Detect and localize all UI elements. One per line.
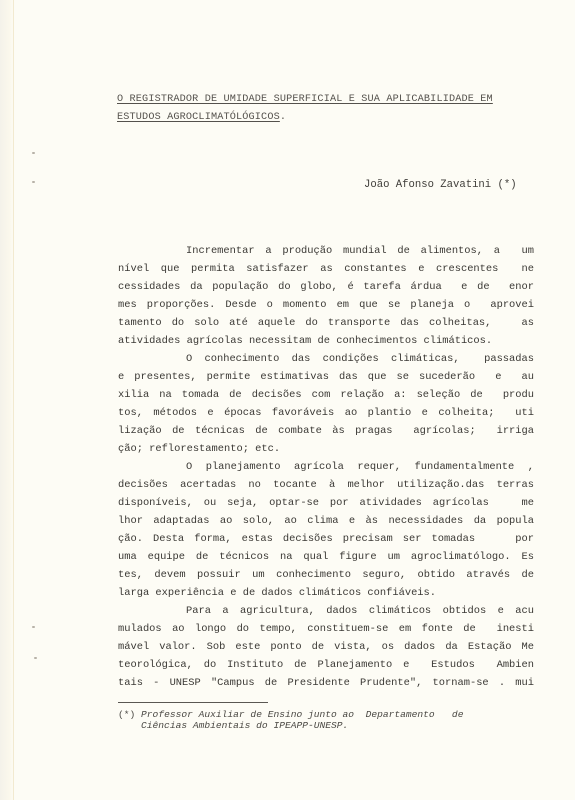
paragraph-1-line: Incrementar a produção mundial de alimen… bbox=[118, 242, 534, 260]
margin-mark bbox=[32, 152, 35, 154]
scanned-document-page: O REGISTRADOR DE UMIDADE SUPERFICIAL E S… bbox=[0, 0, 575, 800]
paragraph-4-line: mulados ao longo do tempo, constituem-se… bbox=[118, 620, 534, 638]
paragraph-4-line: mável valor. Sob este ponto de vista, os… bbox=[118, 638, 534, 656]
paragraph-1-line: nível que permita satisfazer as constant… bbox=[118, 260, 534, 278]
paragraph-3-line: ção. Desta forma, estas decisões precisa… bbox=[118, 530, 534, 548]
paragraph-2-line: e presentes, permite estimativas das que… bbox=[118, 368, 534, 386]
footnote-text-line-2: Ciências Ambientais do IPEAPP-UNESP. bbox=[141, 720, 348, 731]
page-edge-line bbox=[13, 0, 14, 800]
paragraph-1-line: cessidades da população do globo, é tare… bbox=[118, 278, 534, 296]
paragraph-3-line: decisões acertadas no tocante à melhor u… bbox=[118, 476, 534, 494]
page-left-edge bbox=[0, 0, 14, 800]
footnote-marker: (*) bbox=[118, 709, 135, 720]
paragraph-2-line: ção; reflorestamento; etc. bbox=[118, 440, 534, 458]
paragraph-3-line: uma equipe de técnicos na qual figure um… bbox=[118, 548, 534, 566]
paragraph-3-line: tes, devem possuir um conhecimento segur… bbox=[118, 566, 534, 584]
paragraph-3-line: O planejamento agrícola requer, fundamen… bbox=[118, 458, 534, 476]
paragraph-3-line: larga experiência e de dados climáticos … bbox=[118, 584, 534, 602]
footnote-divider bbox=[118, 702, 268, 703]
paragraph-3-line: disponíveis, ou seja, optar-se por ativi… bbox=[118, 494, 534, 512]
title-period: . bbox=[280, 112, 286, 123]
margin-mark bbox=[34, 657, 37, 659]
body-text: Incrementar a produção mundial de alimen… bbox=[118, 242, 534, 692]
paragraph-4-line: Para a agricultura, dados climáticos obt… bbox=[118, 602, 534, 620]
author-name: João Afonso Zavatini (*) bbox=[364, 178, 517, 192]
margin-mark bbox=[32, 181, 35, 183]
title-line-2: ESTUDOS AGROCLIMATÓLÓGICOS bbox=[117, 112, 280, 123]
paragraph-4-line: teorológica, do Instituto de Planejament… bbox=[118, 656, 534, 674]
footnote: (*) Professor Auxiliar de Ensino junto a… bbox=[118, 709, 534, 731]
paragraph-2-line: lização de técnicas de combate às pragas… bbox=[118, 422, 534, 440]
paragraph-1-line: mes proporções. Desde o momento em que s… bbox=[118, 296, 534, 314]
margin-mark bbox=[32, 626, 35, 628]
paragraph-2-line: O conhecimento das condições climáticas,… bbox=[118, 350, 534, 368]
title-line-1: O REGISTRADOR DE UMIDADE SUPERFICIAL E S… bbox=[117, 94, 493, 105]
paragraph-1-line: tamento do solo até aquele do transporte… bbox=[118, 314, 534, 332]
paragraph-2-line: tos, métodos e épocas favoráveis ao plan… bbox=[118, 404, 534, 422]
document-title: O REGISTRADOR DE UMIDADE SUPERFICIAL E S… bbox=[117, 91, 537, 127]
paragraph-4-line: tais - UNESP "Campus de Presidente Prude… bbox=[118, 674, 534, 692]
footnote-text-line-1: Professor Auxiliar de Ensino junto ao De… bbox=[141, 709, 463, 720]
paragraph-3-line: lhor adaptadas ao solo, ao clima e às ne… bbox=[118, 512, 534, 530]
paragraph-1-line: atividades agrícolas necessitam de conhe… bbox=[118, 332, 534, 350]
paragraph-2-line: xilia na tomada de decisões com relação … bbox=[118, 386, 534, 404]
